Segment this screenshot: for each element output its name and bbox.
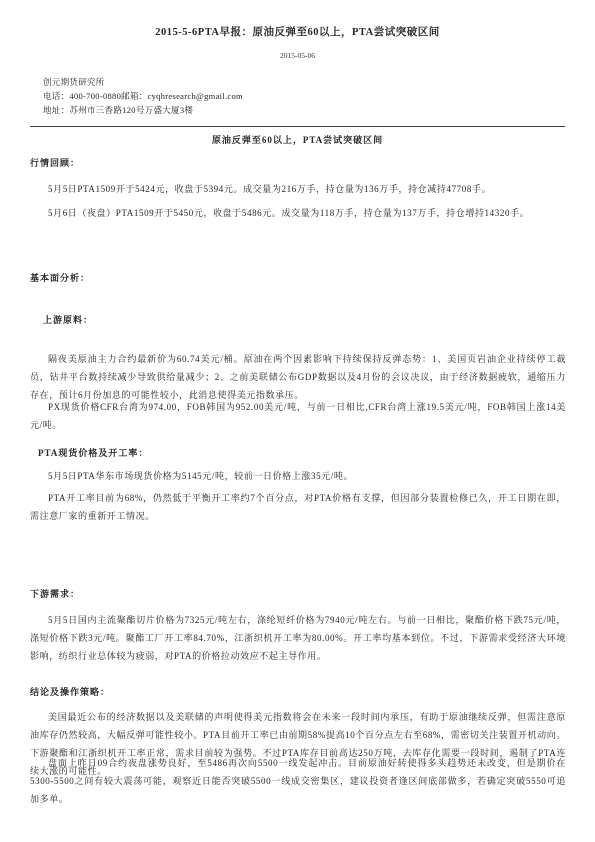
pta-paragraph-2: PTA开工率目前为68%，仍然低于平衡开工率约7个百分点，对PTA价格有支撑，但…	[30, 489, 566, 525]
market-review-paragraph-2: 5月6日（夜盘）PTA1509开于5450元，收盘于5486元。成交量为118万…	[30, 204, 566, 222]
section-heading-fundamentals: 基本面分析：	[30, 271, 90, 284]
subsection-heading-downstream: 下游需求：	[30, 587, 80, 600]
header-divider	[30, 126, 565, 127]
subsection-heading-upstream: 上游原料：	[43, 313, 93, 326]
pta-paragraph-1: 5月5日PTA华东市场现货价格为5145元/吨，较前一日价格上涨35元/吨。	[30, 467, 566, 485]
document-page: 2015-5-6PTA早报：原油反弹至60以上，PTA尝试突破区间 2015-0…	[0, 0, 595, 842]
section-heading-market-review: 行情回顾：	[30, 156, 80, 169]
upstream-paragraph-2: PX现货价格CFR台湾为974.00，FOB韩国为952.00美元/吨，与前一日…	[30, 398, 566, 434]
market-review-paragraph-1: 5月5日PTA1509开于5424元，收盘于5394元。成交量为216万手，持仓…	[30, 180, 566, 198]
org-name: 创元期货研究所	[43, 76, 105, 88]
report-title: 2015-5-6PTA早报：原油反弹至60以上，PTA尝试突破区间	[0, 24, 595, 39]
subsection-heading-pta: PTA现货价格及开工率：	[38, 446, 148, 459]
upstream-paragraph-1: 隔夜美原油主力合约最新价为60.74美元/桶。原油在两个因素影响下持续保持反弹态…	[30, 350, 566, 404]
report-date: 2015-05-06	[0, 51, 595, 60]
downstream-paragraph-1: 5月5日国内主流聚酯切片价格为7325元/吨左右，涤纶短纤价格为7940元/吨左…	[30, 611, 566, 665]
address-line: 地址：苏州市三香路120号万盛大厦3楼	[43, 104, 193, 116]
section-heading-conclusion: 结论及操作策略：	[30, 685, 110, 698]
phone-email-line: 电话：400-700-0880邮箱：cyqhresearch@gmail.com	[43, 90, 243, 102]
conclusion-paragraph-2: 盘面上昨日09合约夜盘涨势良好，至5486再次向5500一线发起冲击。目前原油好…	[30, 754, 566, 808]
report-subtitle: 原油反弹至60以上，PTA尝试突破区间	[0, 133, 595, 146]
